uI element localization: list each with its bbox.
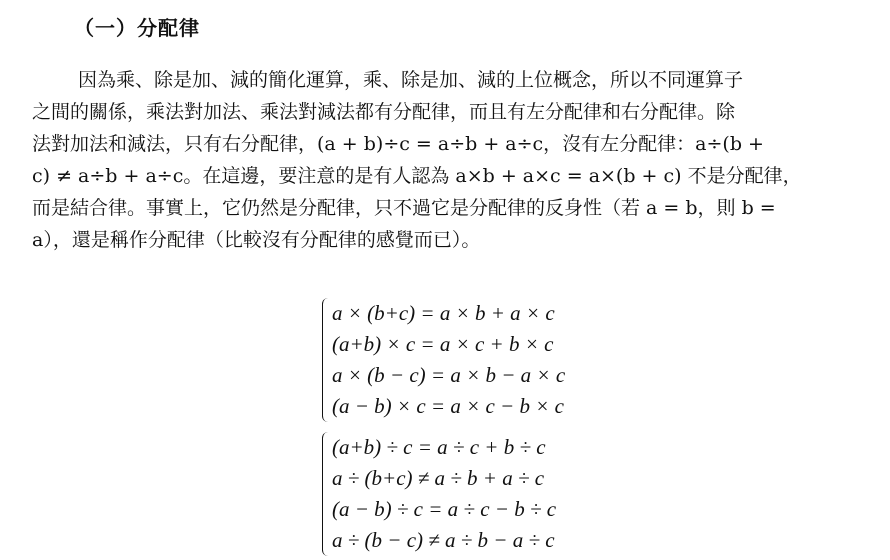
paragraph-line: 因為乘、除是加、減的簡化運算，乘、除是加、減的上位概念，所以不同運算子 (32, 64, 862, 96)
equation-row: (a − b) ÷ c = a ÷ c − b ÷ c (332, 494, 556, 525)
paragraph-line: c) ≠ a÷b + a÷c。在這邊，要注意的是有人認為 a×b + a×c =… (32, 160, 862, 192)
equation-row: (a − b) × c = a × c − b × c (332, 391, 565, 422)
equation-row: (a+b) × c = a × c + b × c (332, 329, 565, 360)
section-heading: （一）分配律 (74, 12, 200, 41)
equation-row: a × (b − c) = a × b − a × c (332, 360, 565, 391)
division-distributive-system: (a+b) ÷ c = a ÷ c + b ÷ c a ÷ (b+c) ≠ a … (322, 432, 556, 556)
left-brace-icon (322, 432, 331, 556)
equation-row: a ÷ (b+c) ≠ a ÷ b + a ÷ c (332, 463, 556, 494)
body-paragraph: 因為乘、除是加、減的簡化運算，乘、除是加、減的上位概念，所以不同運算子 之間的關… (32, 64, 862, 256)
equation-row: (a+b) ÷ c = a ÷ c + b ÷ c (332, 432, 556, 463)
paragraph-line: a），還是稱作分配律（比較沒有分配律的感覺而已）。 (32, 224, 862, 256)
paragraph-line: 之間的關係，乘法對加法、乘法對減法都有分配律，而且有左分配律和右分配律。除 (32, 96, 862, 128)
equation-row: a ÷ (b − c) ≠ a ÷ b − a ÷ c (332, 525, 556, 556)
paragraph-line: 而是結合律。事實上，它仍然是分配律，只不過它是分配律的反身性（若 a = b，則… (32, 192, 862, 224)
multiplication-distributive-system: a × (b+c) = a × b + a × c (a+b) × c = a … (322, 298, 565, 422)
left-brace-icon (322, 298, 331, 422)
equation-row: a × (b+c) = a × b + a × c (332, 298, 565, 329)
paragraph-line: 法對加法和減法，只有右分配律，(a + b)÷c = a÷b + a÷c，沒有左… (32, 128, 862, 160)
